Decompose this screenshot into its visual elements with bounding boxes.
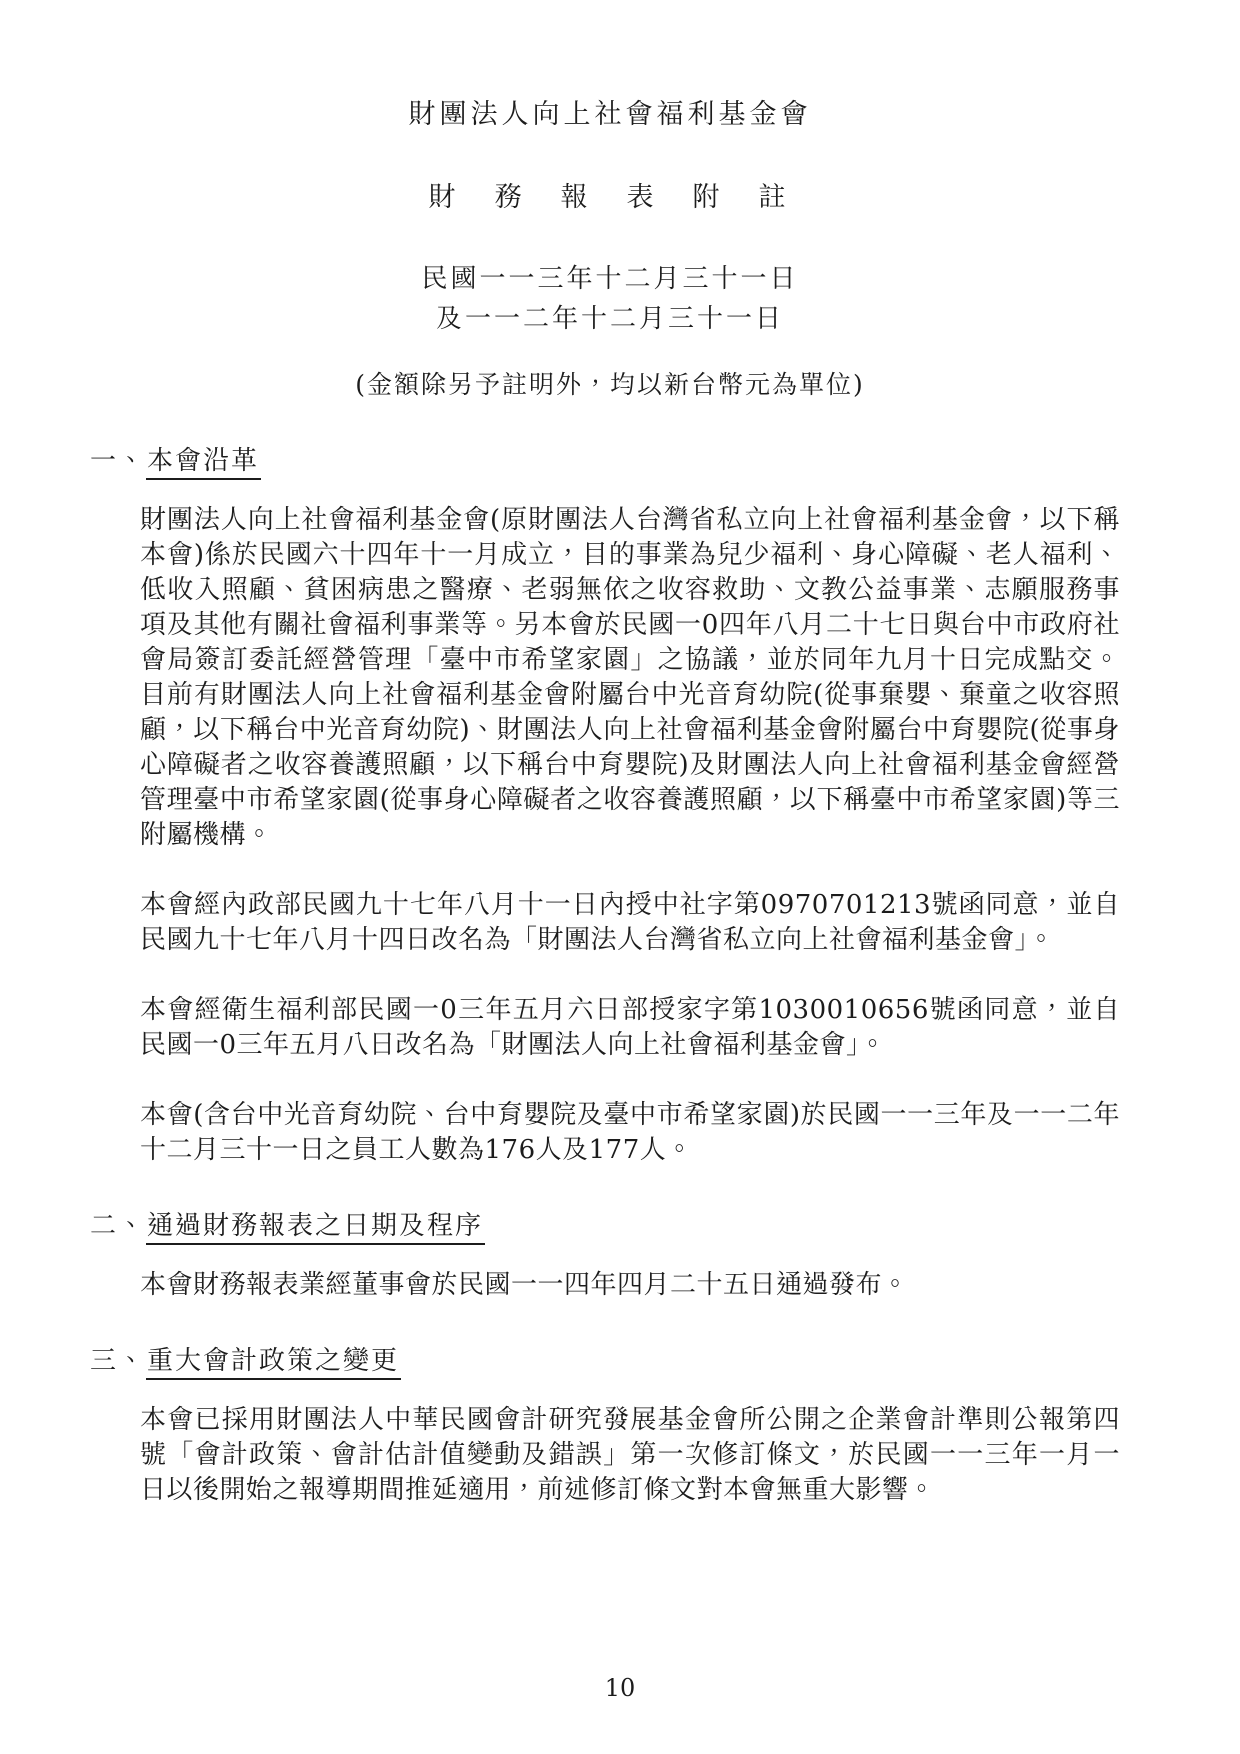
report-dates: 民國一一三年十二月三十一日 及一一二年十二月三十一日 — [90, 259, 1130, 339]
report-date-line-1: 民國一一三年十二月三十一日 — [90, 259, 1130, 299]
section-number: 二、 — [90, 1211, 146, 1241]
section-heading: 一、本會沿革 — [90, 443, 1130, 479]
section-title: 重大會計政策之變更 — [146, 1346, 401, 1380]
organization-name: 財團法人向上社會福利基金會 — [90, 96, 1130, 134]
section-title: 通過財務報表之日期及程序 — [146, 1211, 485, 1245]
section-heading: 三、重大會計政策之變更 — [90, 1343, 1130, 1379]
paragraph-approval-date: 本會財務報表業經董事會於民國一一四年四月二十五日通過發布。 — [140, 1268, 1120, 1303]
currency-unit-note: (金額除另予註明外，均以新台幣元為單位) — [90, 367, 1130, 403]
section-title: 本會沿革 — [146, 446, 261, 480]
report-date-line-2: 及一一二年十二月三十一日 — [90, 299, 1130, 339]
section-number: 三、 — [90, 1346, 146, 1376]
document-title: 財 務 報 表 附 註 — [90, 179, 1130, 217]
section-number: 一、 — [90, 446, 146, 476]
page-number: 10 — [605, 1674, 636, 1702]
page-content: 財團法人向上社會福利基金會 財 務 報 表 附 註 民國一一三年十二月三十一日 … — [0, 0, 1240, 1508]
section-foundation-history: 一、本會沿革 財團法人向上社會福利基金會(原財團法人台灣省私立向上社會福利基金會… — [90, 443, 1130, 1168]
section-accounting-policy-changes: 三、重大會計政策之變更 本會已採用財團法人中華民國會計研究發展基金會所公開之企業… — [90, 1343, 1130, 1508]
section-heading: 二、通過財務報表之日期及程序 — [90, 1208, 1130, 1244]
paragraph-history-overview: 財團法人向上社會福利基金會(原財團法人台灣省私立向上社會福利基金會，以下稱本會)… — [140, 503, 1120, 853]
section-report-approval: 二、通過財務報表之日期及程序 本會財務報表業經董事會於民國一一四年四月二十五日通… — [90, 1208, 1130, 1303]
paragraph-employee-count: 本會(含台中光音育幼院、台中育嬰院及臺中市希望家園)於民國一一三年及一一二年十二… — [140, 1098, 1120, 1168]
paragraph-rename-1: 本會經內政部民國九十七年八月十一日內授中社字第0970701213號函同意，並自… — [140, 888, 1120, 958]
document-header: 財團法人向上社會福利基金會 財 務 報 表 附 註 民國一一三年十二月三十一日 … — [90, 96, 1130, 403]
paragraph-rename-2: 本會經衛生福利部民國一0三年五月六日部授家字第1030010656號函同意，並自… — [140, 993, 1120, 1063]
document-page: 財團法人向上社會福利基金會 財 務 報 表 附 註 民國一一三年十二月三十一日 … — [0, 0, 1240, 1754]
page-footer: 10 — [0, 1674, 1240, 1702]
paragraph-policy-change: 本會已採用財團法人中華民國會計研究發展基金會所公開之企業會計準則公報第四號「會計… — [140, 1403, 1120, 1508]
